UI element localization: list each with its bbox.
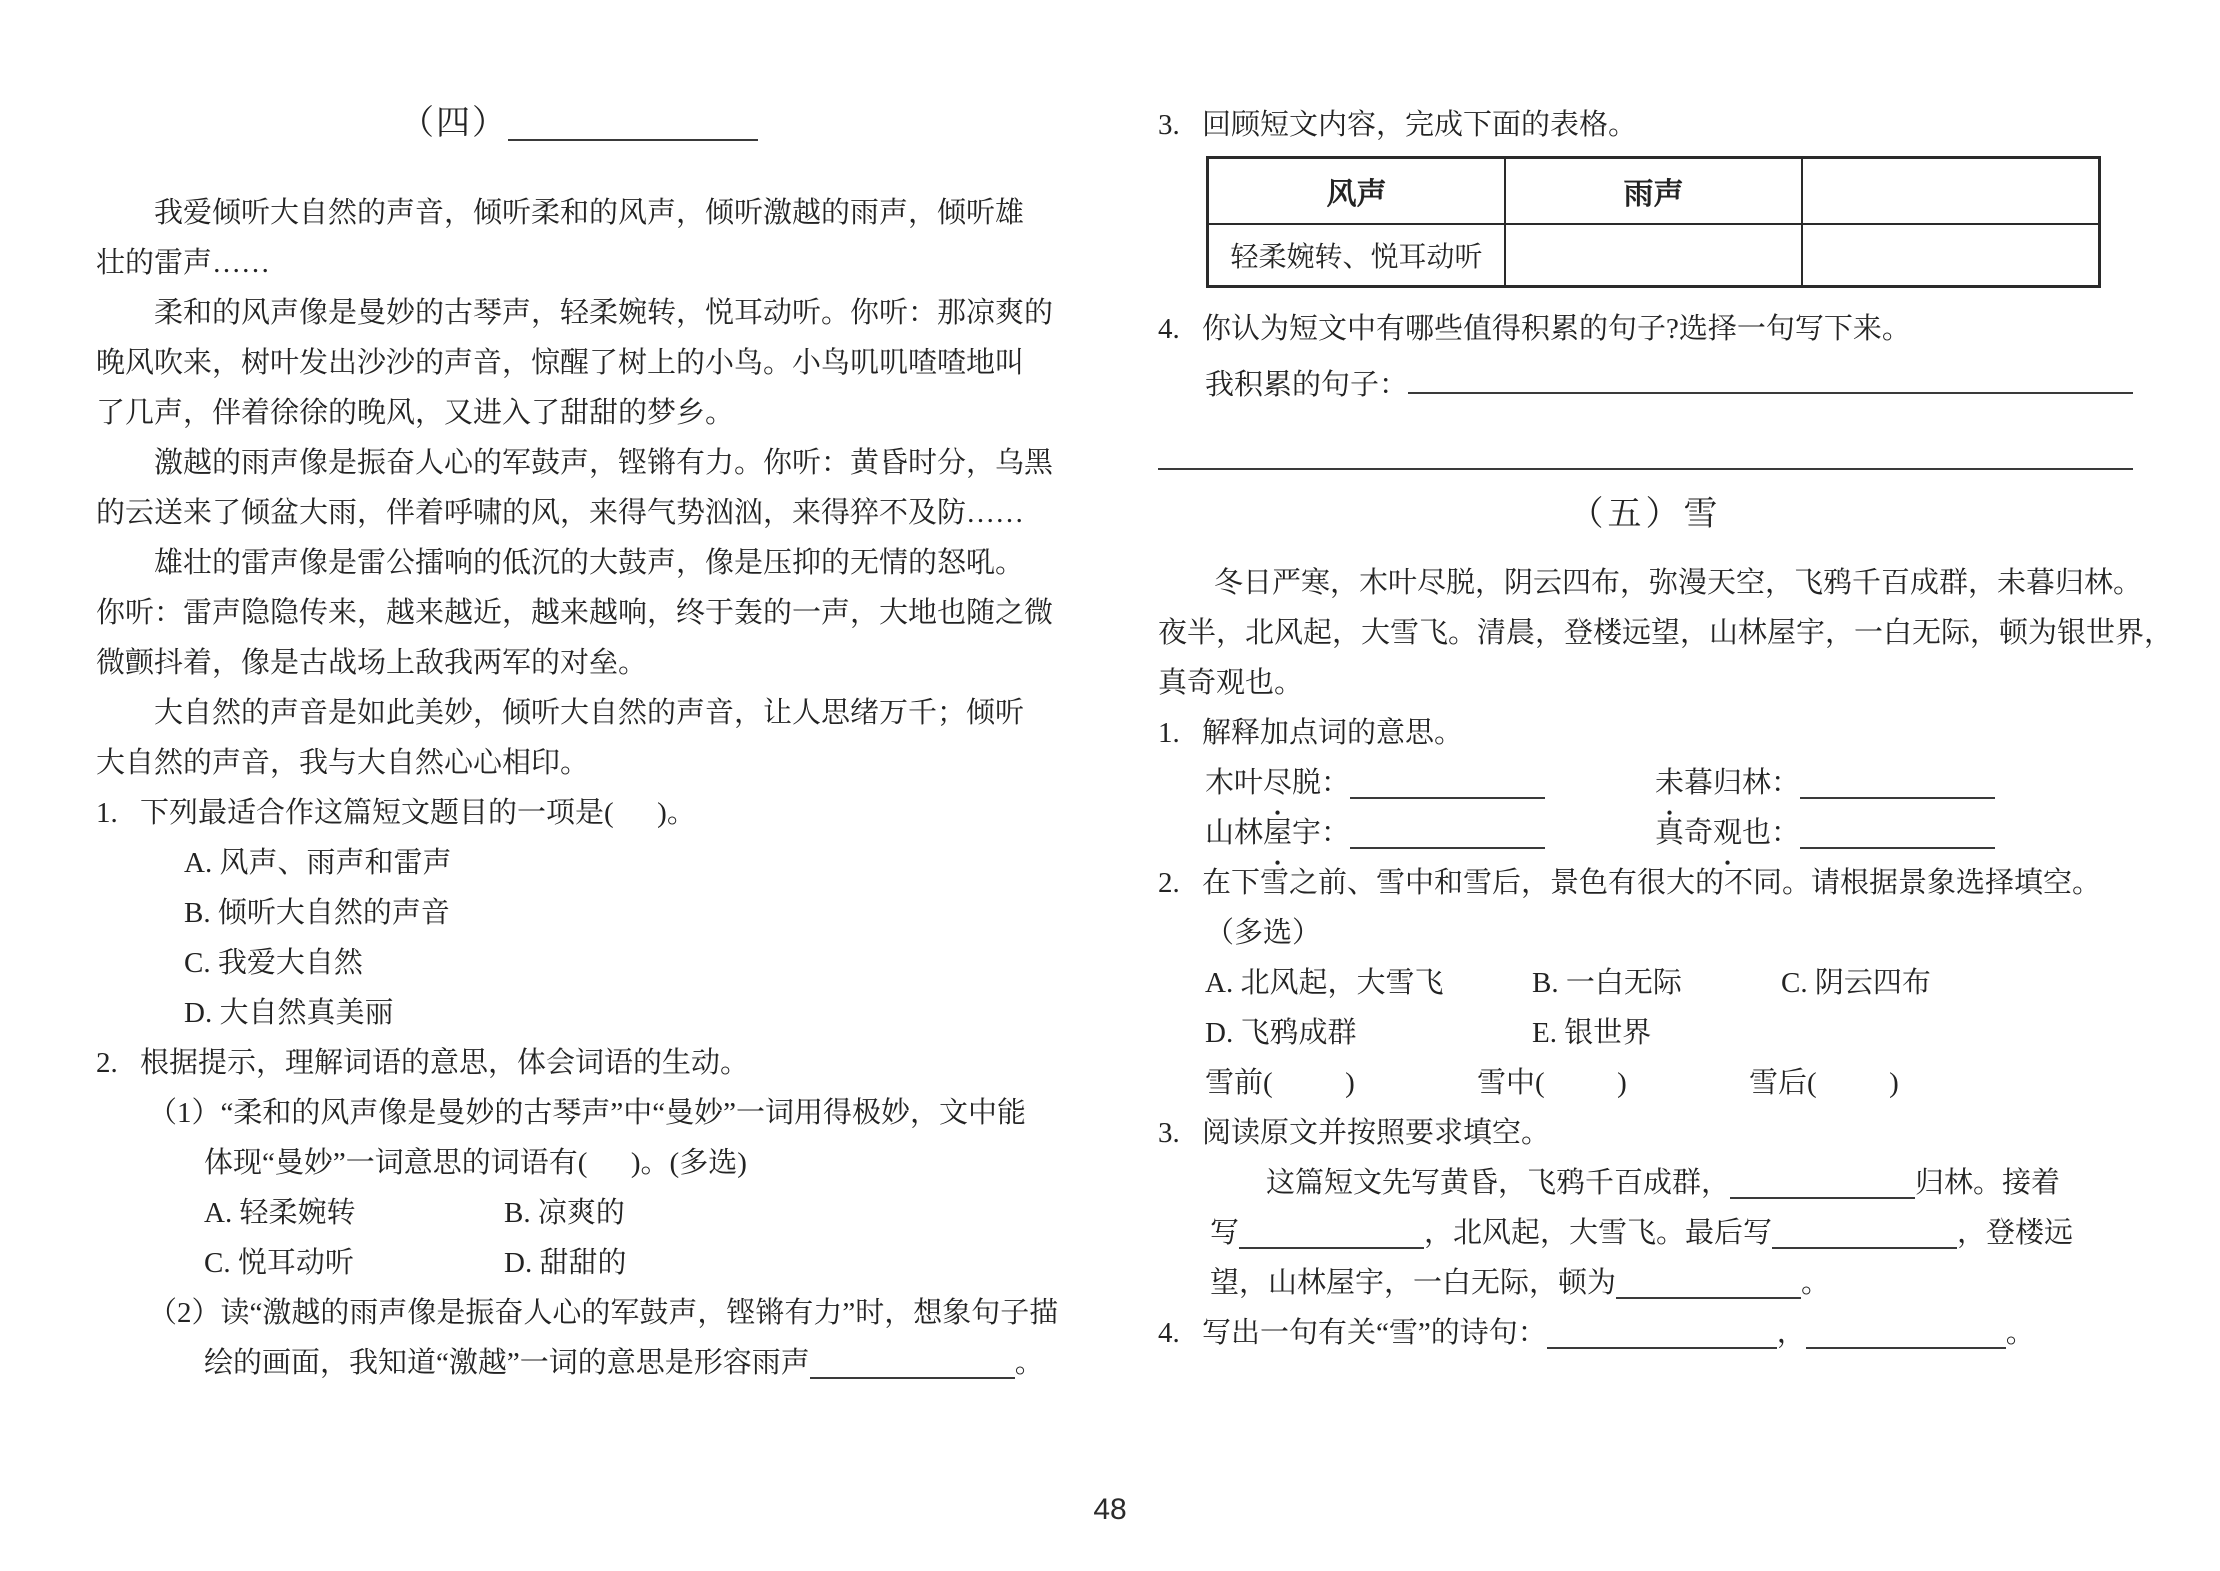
sub-2-text-end: 。 xyxy=(1015,1347,1044,1379)
option-d: D. 飞鸦成群 xyxy=(1205,1008,1532,1058)
word-post: 也 xyxy=(1742,817,1771,849)
dotted-char: 尽 xyxy=(1263,758,1292,808)
question-3-number: 3. xyxy=(1158,100,1202,150)
answer-blank xyxy=(1806,1317,2006,1349)
exercise-2-options-row-2: D. 飞鸦成群E. 银世界 xyxy=(1158,1008,2133,1058)
word-item: 山林屋宇： xyxy=(1205,808,1655,858)
question-4-text: 你认为短文中有哪些值得积累的句子?选择一句写下来。 xyxy=(1202,313,1911,345)
option-b: B. 一白无际 xyxy=(1532,958,1781,1008)
table-cell-wind: 轻柔婉转、悦耳动听 xyxy=(1208,224,1506,287)
exercise-2-number: 2. xyxy=(1158,858,1202,908)
fill-line-2: 写，北风起，大雪飞。最后写，登楼远 xyxy=(1158,1208,2133,1258)
answer-blank xyxy=(1616,1267,1801,1299)
sub-2-text: 读“激越的雨声像是振奋人心的军鼓声，铿锵有力”时，想象句子描 xyxy=(221,1297,1059,1329)
answer-blank xyxy=(1350,767,1545,799)
table-cell-rain-empty xyxy=(1505,224,1802,287)
answer-blank xyxy=(1730,1167,1915,1199)
accumulated-sentence-row: 我积累的句子： xyxy=(1158,354,2133,410)
blank-during-snow: 雪中( ) xyxy=(1477,1058,1749,1108)
section-4-title-blank xyxy=(508,109,758,141)
option-d: D. 甜甜的 xyxy=(504,1247,626,1279)
section-5-heading: （五）雪 xyxy=(1158,476,2133,554)
question-2-number: 2. xyxy=(96,1038,140,1088)
sub-1-number: （1） xyxy=(148,1088,221,1138)
question-2-text: 根据提示，理解词语的意思，体会词语的生动。 xyxy=(140,1047,749,1079)
passage-line: 真奇观也。 xyxy=(1158,658,2133,708)
fill-2-pre: 写 xyxy=(1210,1217,1239,1249)
word-post: 暮归林 xyxy=(1684,767,1771,799)
passage-line: 冬日严寒，木叶尽脱，阴云四布，弥漫天空，飞鸦千百成群，未暮归林。 xyxy=(1158,558,2133,608)
option-c: C. 悦耳动听 xyxy=(204,1238,504,1288)
fill-2-post: ，登楼远 xyxy=(1957,1217,2073,1249)
option-a: A. 轻柔婉转 xyxy=(204,1188,504,1238)
comma: ， xyxy=(1777,1317,1806,1349)
passage-line: 的云送来了倾盆大雨，伴着呼啸的风，来得气势汹汹，来得猝不及防…… xyxy=(96,488,1062,538)
passage-line: 夜半，北风起，大雪飞。清晨，登楼远望，山林屋宇，一白无际，顿为银世界， xyxy=(1158,608,2133,658)
word-post: 宇 xyxy=(1292,817,1321,849)
exercise-2-options-row-1: A. 北风起，大雪飞B. 一白无际C. 阴云四布 xyxy=(1158,958,2133,1008)
sub-1-text-line2: 体现“曼妙”一词意思的词语有( )。(多选) xyxy=(96,1138,1062,1188)
summary-table: 风声 雨声 轻柔婉转、悦耳动听 xyxy=(1206,156,2101,288)
dotted-char: 屋 xyxy=(1263,808,1292,858)
sub-2-text-line2: 绘的画面，我知道“激越”一词的意思是形容雨声。 xyxy=(96,1338,1062,1388)
exercise-3-number: 3. xyxy=(1158,1108,1202,1158)
accumulated-sentence-prompt: 我积累的句子： xyxy=(1205,357,1408,413)
word-item: 真奇观也： xyxy=(1655,817,1995,849)
dotted-char: 未 xyxy=(1655,758,1684,808)
table-header-rain: 雨声 xyxy=(1505,158,1802,225)
sub-2-text-pre: 绘的画面，我知道“激越”一词的意思是形容雨声 xyxy=(204,1347,810,1379)
fill-3-end: 。 xyxy=(1801,1267,1830,1299)
word-item: 未暮归林： xyxy=(1655,767,1995,799)
answer-blank xyxy=(1350,817,1545,849)
question-2-sub-2: （2）读“激越的雨声像是振奋人心的军鼓声，铿锵有力”时，想象句子描 xyxy=(96,1288,1062,1338)
fill-line-3: 望，山林屋宇，一白无际，顿为。 xyxy=(1158,1258,2133,1308)
colon: ： xyxy=(1771,817,1800,849)
table-data-row: 轻柔婉转、悦耳动听 xyxy=(1208,224,2100,287)
option-c: C. 阴云四布 xyxy=(1781,967,1931,999)
sub-2-number: （2） xyxy=(148,1288,221,1338)
passage-line: 微颤抖着，像是古战场上敌我两军的对垒。 xyxy=(96,638,1062,688)
fill-line-1: 这篇短文先写黄昏，飞鸦千百成群，归林。接着 xyxy=(1158,1158,2133,1208)
option-a: A. 风声、雨声和雷声 xyxy=(96,838,1062,888)
question-4: 4.你认为短文中有哪些值得积累的句子?选择一句写下来。 xyxy=(1158,304,2133,354)
exercise-2: 2.在下雪之前、雪中和雪后，景色有很大的不同。请根据景象选择填空。 xyxy=(1158,858,2133,908)
multi-select-note: （多选） xyxy=(1158,908,2133,958)
worksheet-page: （四） 我爱倾听大自然的声音，倾听柔和的风声，倾听激越的雨声，倾听雄 壮的雷声…… xyxy=(0,0,2220,1571)
period: 。 xyxy=(2006,1317,2035,1349)
exercise-2-blanks-row: 雪前( )雪中( )雪后( ) xyxy=(1158,1058,2133,1108)
question-4-number: 4. xyxy=(1158,304,1202,354)
table-header-wind: 风声 xyxy=(1208,158,1506,225)
passage-line: 壮的雷声…… xyxy=(96,238,1062,288)
option-b: B. 倾听大自然的声音 xyxy=(96,888,1062,938)
exercise-3-text: 阅读原文并按照要求填空。 xyxy=(1202,1117,1550,1149)
right-column: 3.回顾短文内容，完成下面的表格。 风声 雨声 轻柔婉转、悦耳动听 4.你认为短… xyxy=(1158,100,2133,1358)
question-2: 2.根据提示，理解词语的意思，体会词语的生动。 xyxy=(96,1038,1062,1088)
fill-2-mid: ，北风起，大雪飞。最后写 xyxy=(1424,1217,1772,1249)
passage-line: 雄壮的雷声像是雷公擂响的低沉的大鼓声，像是压抑的无情的怒吼。 xyxy=(96,538,1062,588)
question-1-number: 1. xyxy=(96,788,140,838)
answer-blank xyxy=(1408,354,2133,394)
passage-line: 大自然的声音是如此美妙，倾听大自然的声音，让人思绪万千；倾听 xyxy=(96,688,1062,738)
table-header-row: 风声 雨声 xyxy=(1208,158,2100,225)
passage-line: 晚风吹来，树叶发出沙沙的声音，惊醒了树上的小鸟。小鸟叽叽喳喳地叫 xyxy=(96,338,1062,388)
dotted-char: 观 xyxy=(1713,808,1742,858)
left-column: （四） 我爱倾听大自然的声音，倾听柔和的风声，倾听激越的雨声，倾听雄 壮的雷声…… xyxy=(96,88,1062,1388)
answer-blank-line-2 xyxy=(1158,410,2133,470)
passage-line: 柔和的风声像是曼妙的古琴声，轻柔婉转，悦耳动听。你听：那凉爽的 xyxy=(96,288,1062,338)
answer-blank xyxy=(1239,1217,1424,1249)
passage-line: 你听：雷声隐隐传来，越来越近，越来越响，终于轰的一声，大地也随之微 xyxy=(96,588,1062,638)
exercise-3: 3.阅读原文并按照要求填空。 xyxy=(1158,1108,2133,1158)
answer-blank xyxy=(1800,767,1995,799)
colon: ： xyxy=(1321,767,1350,799)
answer-blank xyxy=(1800,817,1995,849)
section-4-label: （四） xyxy=(400,105,508,142)
question-3-text: 回顾短文内容，完成下面的表格。 xyxy=(1202,109,1637,141)
option-e: E. 银世界 xyxy=(1532,1017,1651,1049)
option-d: D. 大自然真美丽 xyxy=(96,988,1062,1038)
option-b: B. 凉爽的 xyxy=(504,1197,625,1229)
word-post: 脱 xyxy=(1292,767,1321,799)
blank-before-snow: 雪前( ) xyxy=(1205,1058,1477,1108)
passage-line: 激越的雨声像是振奋人心的军鼓声，铿锵有力。你听：黄昏时分，乌黑 xyxy=(96,438,1062,488)
word-pre: 真奇 xyxy=(1655,817,1713,849)
exercise-1-number: 1. xyxy=(1158,708,1202,758)
option-c: C. 我爱大自然 xyxy=(96,938,1062,988)
question-3: 3.回顾短文内容，完成下面的表格。 xyxy=(1158,100,2133,150)
word-pre: 木叶 xyxy=(1205,767,1263,799)
exercise-1-text: 解释加点词的意思。 xyxy=(1202,717,1463,749)
explain-words-row-2: 山林屋宇：真奇观也： xyxy=(1158,808,2133,858)
fill-3-pre: 望，山林屋宇，一白无际，顿为 xyxy=(1210,1267,1616,1299)
passage-line: 大自然的声音，我与大自然心心相印。 xyxy=(96,738,1062,788)
question-1-text: 下列最适合作这篇短文题目的一项是( )。 xyxy=(140,797,696,829)
word-item: 木叶尽脱： xyxy=(1205,758,1655,808)
exercise-4: 4.写出一句有关“雪”的诗句：，。 xyxy=(1158,1308,2133,1358)
sub-1-options-row-1: A. 轻柔婉转B. 凉爽的 xyxy=(96,1188,1062,1238)
exercise-2-text: 在下雪之前、雪中和雪后，景色有很大的不同。请根据景象选择填空。 xyxy=(1202,867,2101,899)
question-2-sub-1: （1）“柔和的风声像是曼妙的古琴声”中“曼妙”一词用得极妙，文中能 xyxy=(96,1088,1062,1138)
explain-words-row-1: 木叶尽脱：未暮归林： xyxy=(1158,758,2133,808)
answer-blank xyxy=(1772,1217,1957,1249)
exercise-1: 1.解释加点词的意思。 xyxy=(1158,708,2133,758)
answer-blank xyxy=(810,1347,1015,1379)
answer-blank xyxy=(1547,1317,1777,1349)
passage-line: 我爱倾听大自然的声音，倾听柔和的风声，倾听激越的雨声，倾听雄 xyxy=(96,188,1062,238)
sub-1-options-row-2: C. 悦耳动听D. 甜甜的 xyxy=(96,1238,1062,1288)
fill-1-post: 归林。接着 xyxy=(1915,1167,2060,1199)
table-header-empty xyxy=(1802,158,2100,225)
section-4-heading: （四） xyxy=(96,88,1062,160)
table-cell-empty xyxy=(1802,224,2100,287)
question-1: 1.下列最适合作这篇短文题目的一项是( )。 xyxy=(96,788,1062,838)
sub-1-text: “柔和的风声像是曼妙的古琴声”中“曼妙”一词用得极妙，文中能 xyxy=(221,1097,1027,1129)
passage-line: 了几声，伴着徐徐的晚风，又进入了甜甜的梦乡。 xyxy=(96,388,1062,438)
colon: ： xyxy=(1321,817,1350,849)
fill-1-pre: 这篇短文先写黄昏，飞鸦千百成群， xyxy=(1266,1167,1730,1199)
blank-after-snow: 雪后( ) xyxy=(1749,1067,1899,1099)
exercise-4-text: 写出一句有关“雪”的诗句： xyxy=(1202,1317,1547,1349)
option-a: A. 北风起，大雪飞 xyxy=(1205,958,1532,1008)
colon: ： xyxy=(1771,767,1800,799)
page-number: 48 xyxy=(0,1493,2220,1527)
word-pre: 山林 xyxy=(1205,817,1263,849)
exercise-4-number: 4. xyxy=(1158,1308,1202,1358)
